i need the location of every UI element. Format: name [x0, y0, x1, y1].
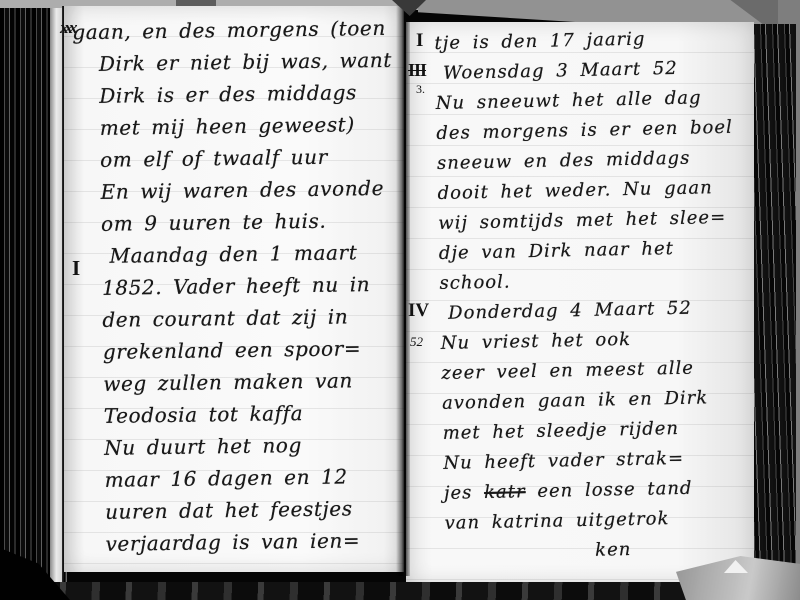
- handwritten-line: grekenland een spoor=: [103, 336, 401, 372]
- handwritten-line: 1852. Vader heeft nu in: [102, 272, 400, 308]
- handwritten-line: Dirk is er des middags: [99, 80, 397, 116]
- book-fore-edge-right: [752, 24, 796, 572]
- left-page: xxx I gaan, en des morgens (toen Dirk er…: [64, 6, 404, 572]
- handwritten-line: gaan, en des morgens (toen: [72, 16, 396, 53]
- handwritten-line: Dirk er niet bij was, want: [99, 48, 397, 84]
- handwritten-line-date: Maandag den 1 maart: [109, 240, 399, 276]
- handwritten-line: weg zullen maken van: [103, 368, 401, 404]
- handwritten-line: om 9 uuren te huis.: [101, 208, 399, 244]
- handwritten-line: den courant dat zij in: [102, 304, 400, 340]
- right-page-text: tje is den 17 jaarig Woensdag 3 Maart 52…: [400, 18, 760, 587]
- handwritten-line: En wij waren des avonde: [100, 176, 398, 212]
- handwritten-line: maar 16 dagen en 12: [104, 464, 402, 500]
- handwritten-line: uuren dat het feestjes: [105, 496, 403, 532]
- manuscript-photo: xxx I gaan, en des morgens (toen Dirk er…: [0, 0, 800, 600]
- right-page: I III 3. IV 52 tje is den 17 jaarig Woen…: [406, 22, 754, 584]
- table-shadow-band: [0, 582, 800, 600]
- handwritten-line: met mij heen geweest): [100, 112, 398, 148]
- handwritten-line: om elf of twaalf uur: [100, 144, 398, 180]
- handwritten-line: Nu duurt het nog: [104, 432, 402, 468]
- struck-word: katr: [484, 481, 526, 503]
- book-gutter-shadow: [396, 4, 410, 576]
- line-segment: jes: [444, 482, 485, 504]
- handwritten-line: verjaardag is van ien=: [105, 528, 403, 564]
- handwritten-line: Teodosia tot kaffa: [104, 400, 402, 436]
- line-segment: een losse tand: [525, 478, 692, 502]
- left-page-text: gaan, en des morgens (toen Dirk er niet …: [60, 4, 408, 575]
